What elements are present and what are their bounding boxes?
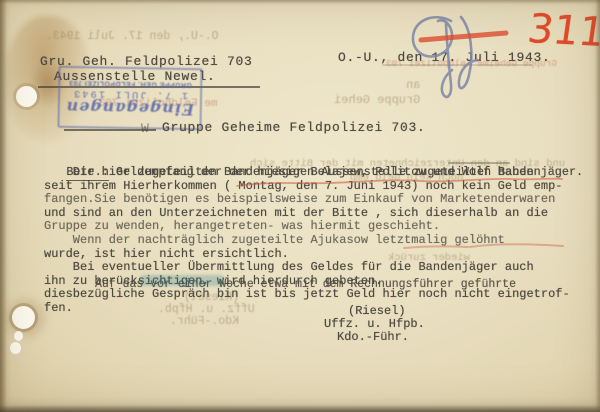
body-line: Wenn der nachträglich zugeteilte Ajukaso… (44, 234, 505, 248)
teal-smudge (140, 275, 224, 286)
underline-zugeteilten (448, 162, 510, 164)
body-line: fen. (44, 302, 73, 316)
red-strike-line (421, 33, 506, 40)
bleedthrough-text: Gruppe Gehei (334, 93, 420, 107)
edge-top (0, 0, 600, 4)
bleedthrough-text: O.-U., den 17. Juli 1943. (46, 30, 219, 43)
underline-date (382, 64, 532, 66)
body-line: seit ihrem Hierherkommen ( Montag, den 7… (44, 180, 562, 194)
bleedthrough-text: an (406, 78, 420, 92)
stamp-date: 1 7. JULI 1943 (72, 87, 188, 101)
punch-hole-bottom (12, 306, 35, 329)
red-registry-number: 311 (525, 6, 600, 56)
document-scan: O.-U., den 17. Juli 1943. an Gruppe Gehe… (0, 0, 600, 412)
bleedthrough-signature: Kdo.-Führ. (170, 315, 239, 328)
stamp-received-word: Eingegangen (65, 99, 194, 118)
punch-hole-top (16, 86, 37, 107)
signature-role: Kdo.-Führ. (337, 331, 409, 345)
edge-right (595, 0, 600, 412)
paper-chip (10, 342, 21, 354)
body-line: Bei eventueller Übermittlung des Geldes … (44, 261, 534, 275)
edge-bottom (0, 405, 600, 412)
body-line: Die hier zugeteilten Bandenjäger Belajew… (44, 166, 534, 180)
body-line: Gruppe zu wenden, herangetreten- was hie… (44, 220, 440, 234)
underline-addressee-dash (64, 129, 156, 131)
body-line: und sind an den Unterzeichneten mit der … (44, 207, 548, 221)
place-date-line: O.-U., den 17. Juli 1943. (338, 50, 551, 65)
paper-chip (14, 331, 23, 341)
addressee-line: Gruppe Geheime Feldpolizei 703. (162, 120, 426, 135)
edge-left (0, 0, 7, 412)
body-line: fangen.Sie benötigen es beispielsweise z… (44, 193, 555, 207)
